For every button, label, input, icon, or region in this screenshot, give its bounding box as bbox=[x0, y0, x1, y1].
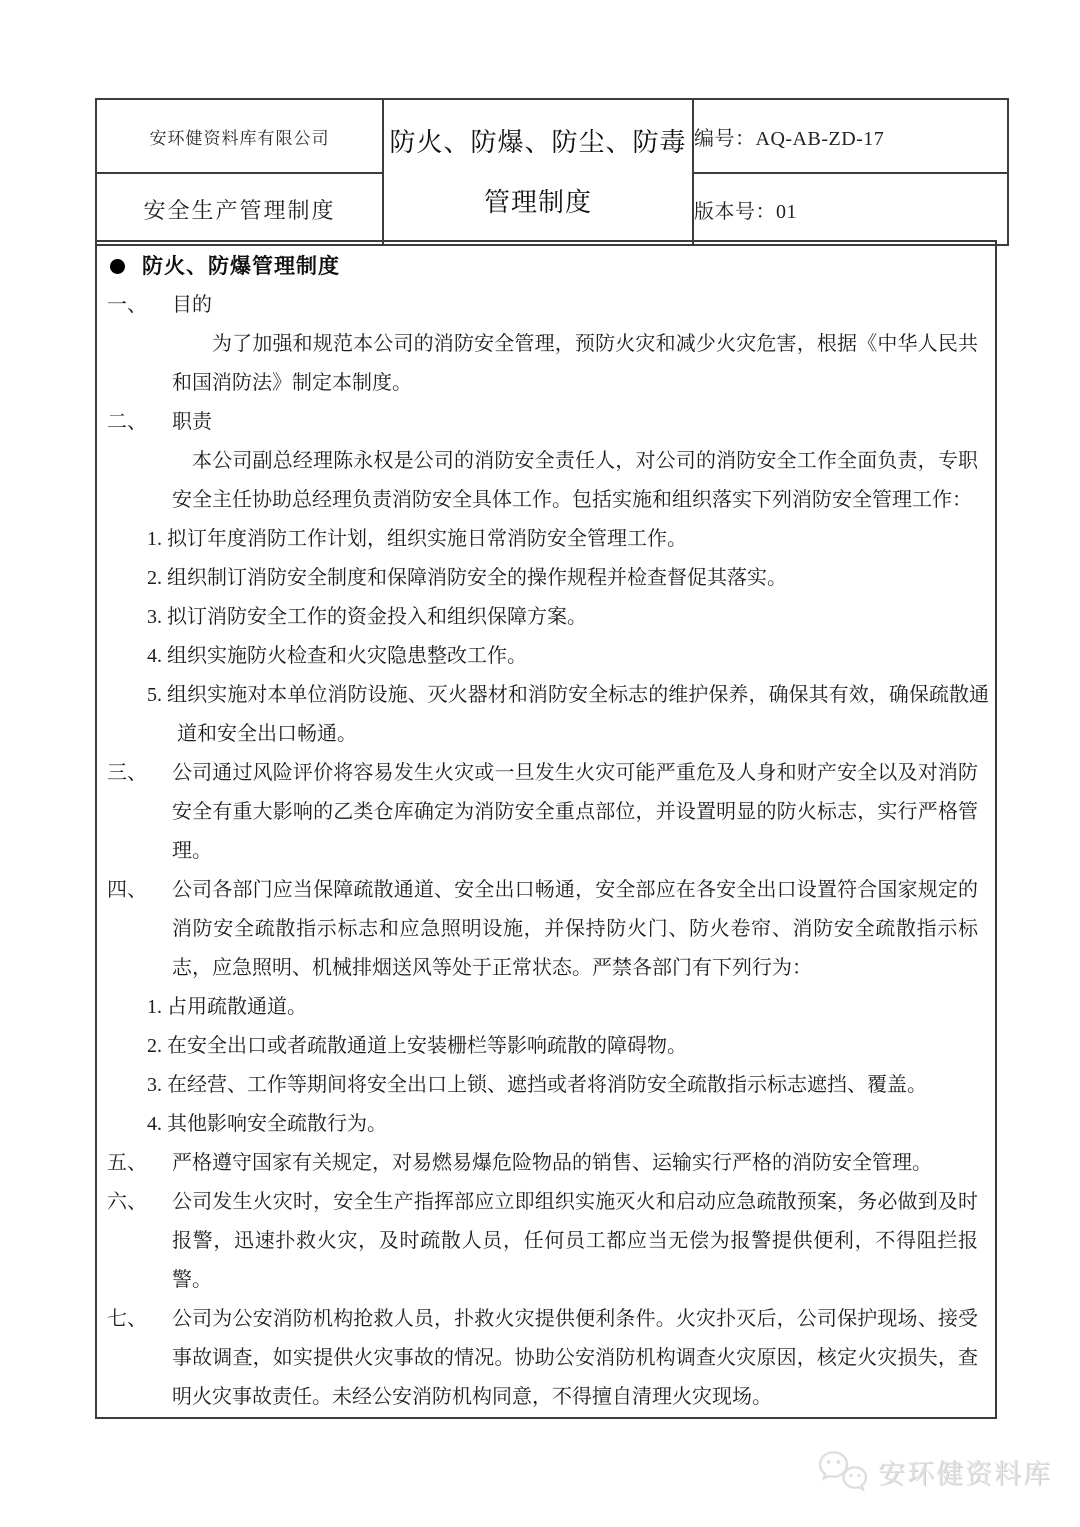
section-list-item: 4. 组织实施防火检查和火灾隐患整改工作。 bbox=[147, 637, 989, 676]
section-number: 五、 bbox=[107, 1144, 171, 1183]
document-header-table: 安环健资料库有限公司 防火、防爆、防尘、防毒管理制度 编号：AQ-AB-ZD-1… bbox=[95, 98, 1009, 246]
section-row: 三、公司通过风险评价将容易发生火灾或一旦发生火灾可能严重危及人身和财产安全以及对… bbox=[97, 754, 995, 871]
section-row: 一、目的 bbox=[97, 286, 995, 325]
document-page: 安环健资料库有限公司 防火、防爆、防尘、防毒管理制度 编号：AQ-AB-ZD-1… bbox=[0, 0, 1080, 1527]
content-box: 防火、防爆管理制度 一、目的为了加强和规范本公司的消防安全管理，预防火灾和减少火… bbox=[95, 240, 997, 1419]
section-number: 三、 bbox=[107, 754, 171, 793]
section-list-item: 1. 拟订年度消防工作计划，组织实施日常消防安全管理工作。 bbox=[147, 520, 989, 559]
section-paragraph: 为了加强和规范本公司的消防安全管理，预防火灾和减少火灾危害，根据《中华人民共和国… bbox=[172, 325, 978, 403]
section-row: 五、严格遵守国家有关规定，对易燃易爆危险物品的销售、运输实行严格的消防安全管理。 bbox=[97, 1144, 995, 1183]
section-list-item: 2. 组织制订消防安全制度和保障消防安全的操作规程并检查督促其落实。 bbox=[147, 559, 989, 598]
section-number: 一、 bbox=[107, 286, 171, 325]
section-number: 四、 bbox=[107, 871, 171, 910]
section-list-item: 1. 占用疏散通道。 bbox=[147, 988, 989, 1027]
section-text: 公司为公安消防机构抢救人员，扑救火灾提供便利条件。火灾扑灭后，公司保护现场、接受… bbox=[172, 1300, 978, 1417]
section-row: 四、公司各部门应当保障疏散通道、安全出口畅通，安全部应在各安全出口设置符合国家规… bbox=[97, 871, 995, 988]
bullet-icon bbox=[110, 259, 125, 274]
watermark-text: 安环健资料库 bbox=[878, 1452, 1052, 1491]
section-number: 七、 bbox=[107, 1300, 171, 1339]
section-text: 严格遵守国家有关规定，对易燃易爆危险物品的销售、运输实行严格的消防安全管理。 bbox=[172, 1144, 978, 1183]
section-list-item: 2. 在安全出口或者疏散通道上安装栅栏等影响疏散的障碍物。 bbox=[147, 1027, 989, 1066]
section-title: 目的 bbox=[172, 286, 978, 325]
header-doc-number: 编号：AQ-AB-ZD-17 bbox=[693, 99, 1008, 173]
section-row: 二、职责 bbox=[97, 403, 995, 442]
header-version-number: 版本号：01 bbox=[693, 173, 1008, 245]
section-list-item: 3. 拟订消防安全工作的资金投入和组织保障方案。 bbox=[147, 598, 989, 637]
section-title: 职责 bbox=[172, 403, 978, 442]
header-system-name: 安全生产管理制度 bbox=[96, 173, 383, 245]
wechat-icon bbox=[816, 1448, 870, 1494]
section-text: 公司通过风险评价将容易发生火灾或一旦发生火灾可能严重危及人身和财产安全以及对消防… bbox=[172, 754, 978, 871]
section-list-item: 4. 其他影响安全疏散行为。 bbox=[147, 1105, 989, 1144]
watermark: 安环健资料库 bbox=[816, 1445, 1052, 1497]
section-paragraph: 本公司副总经理陈永权是公司的消防安全责任人，对公司的消防安全工作全面负责，专职安… bbox=[172, 442, 978, 520]
section-list-item: 5. 组织实施对本单位消防设施、灭火器材和消防安全标志的维护保养，确保其有效，确… bbox=[147, 676, 989, 754]
section-list-item: 3. 在经营、工作等期间将安全出口上锁、遮挡或者将消防安全疏散指示标志遮挡、覆盖… bbox=[147, 1066, 989, 1105]
section-heading-label: 防火、防爆管理制度 bbox=[142, 255, 340, 278]
header-company-name: 安环健资料库有限公司 bbox=[96, 99, 383, 173]
section-row: 七、公司为公安消防机构抢救人员，扑救火灾提供便利条件。火灾扑灭后，公司保护现场、… bbox=[97, 1300, 995, 1417]
section-text: 公司发生火灾时，安全生产指挥部应立即组织实施灭火和启动应急疏散预案，务必做到及时… bbox=[172, 1183, 978, 1300]
sections-container: 一、目的为了加强和规范本公司的消防安全管理，预防火灾和减少火灾危害，根据《中华人… bbox=[97, 286, 995, 1417]
section-text: 公司各部门应当保障疏散通道、安全出口畅通，安全部应在各安全出口设置符合国家规定的… bbox=[172, 871, 978, 988]
section-heading: 防火、防爆管理制度 bbox=[97, 247, 995, 286]
document-title: 防火、防爆、防尘、防毒管理制度 bbox=[383, 99, 693, 245]
section-number: 六、 bbox=[107, 1183, 171, 1222]
section-row: 六、公司发生火灾时，安全生产指挥部应立即组织实施灭火和启动应急疏散预案，务必做到… bbox=[97, 1183, 995, 1300]
section-number: 二、 bbox=[107, 403, 171, 442]
